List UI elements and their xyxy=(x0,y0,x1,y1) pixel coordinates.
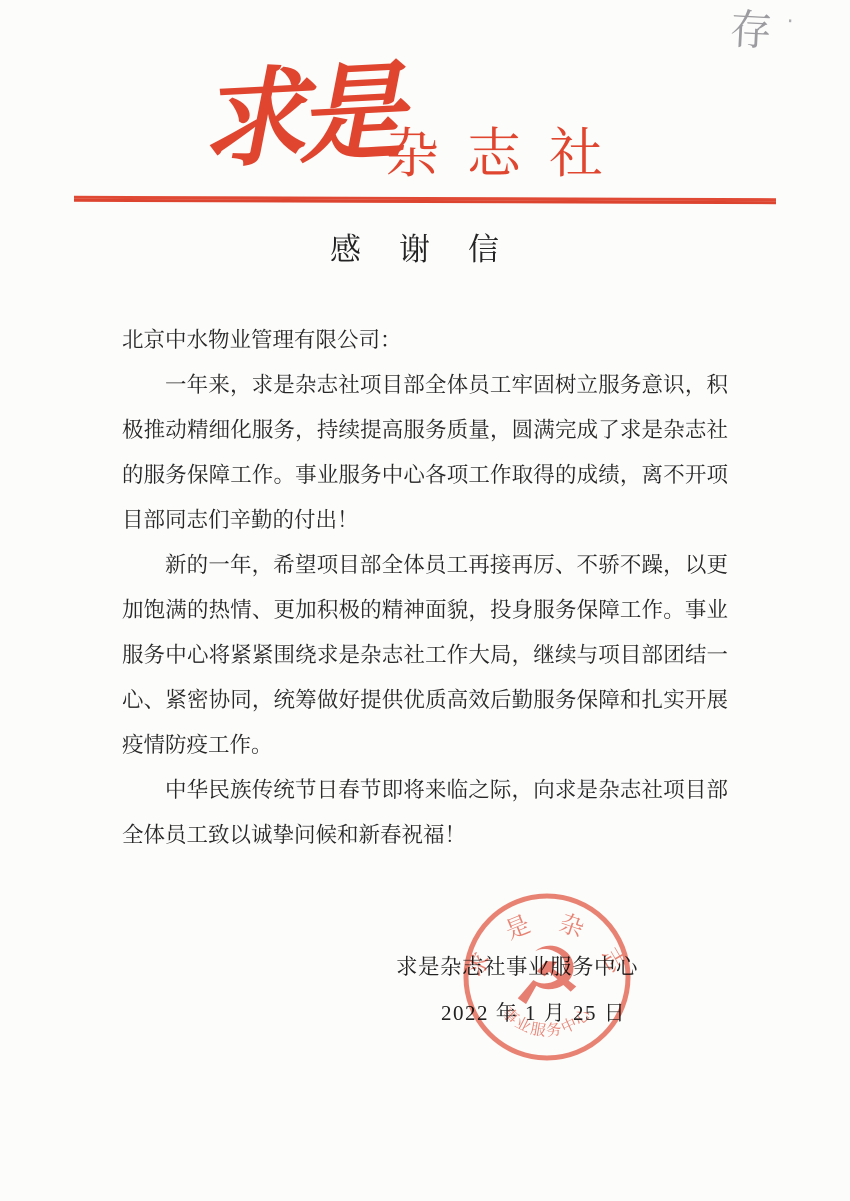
body-line: 的服务保障工作。事业服务中心各项工作取得的成绩，离不开项 xyxy=(122,453,728,498)
letter-body: 北京中水物业管理有限公司： 一年来，求是杂志社项目部全体员工牢固树立服务意识，积… xyxy=(122,318,728,858)
body-line: 全体员工致以诚挚问候和新春祝福！ xyxy=(122,813,728,858)
signature-date: 2022 年 1 月 25 日 xyxy=(441,997,626,1027)
masthead-calligraphy: 求是 xyxy=(197,53,399,180)
body-line: 中华民族传统节日春节即将来临之际，向求是杂志社项目部 xyxy=(122,768,728,813)
body-line: 新的一年，希望项目部全体员工再接再厉、不骄不躁，以更 xyxy=(122,543,728,588)
body-line: 加饱满的热情、更加积极的精神面貌，投身服务保障工作。事业 xyxy=(122,588,728,633)
body-line: 疫情防疫工作。 xyxy=(122,723,728,768)
body-line: 心、紧密协同，统筹做好提供优质高效后勤服务保障和扎实开展 xyxy=(122,678,728,723)
handwritten-character: 存 xyxy=(729,4,774,55)
body-line: 目部同志们辛勤的付出！ xyxy=(122,498,728,543)
masthead-org-name: 杂志社 xyxy=(385,126,631,183)
handwritten-mark: 存· xyxy=(729,8,794,53)
body-line: 服务中心将紧紧围绕求是杂志社工作大局，继续与项目部团结一 xyxy=(122,633,728,678)
body-line: 极推动精细化服务，持续提高服务质量，圆满完成了求是杂志社 xyxy=(122,408,728,453)
body-line: 一年来，求是杂志社项目部全体员工牢固树立服务意识，积 xyxy=(122,363,728,408)
masthead-double-rule xyxy=(74,196,776,204)
salutation-line: 北京中水物业管理有限公司： xyxy=(122,318,728,363)
letter-title: 感谢信 xyxy=(330,231,537,269)
handwritten-dot: · xyxy=(786,9,794,34)
letter-page: 存· 求是 杂志社 感谢信 北京中水物业管理有限公司： 一年来，求是杂志社项目部… xyxy=(0,0,850,1201)
signature-org: 求是杂志社事业服务中心 xyxy=(396,950,638,981)
